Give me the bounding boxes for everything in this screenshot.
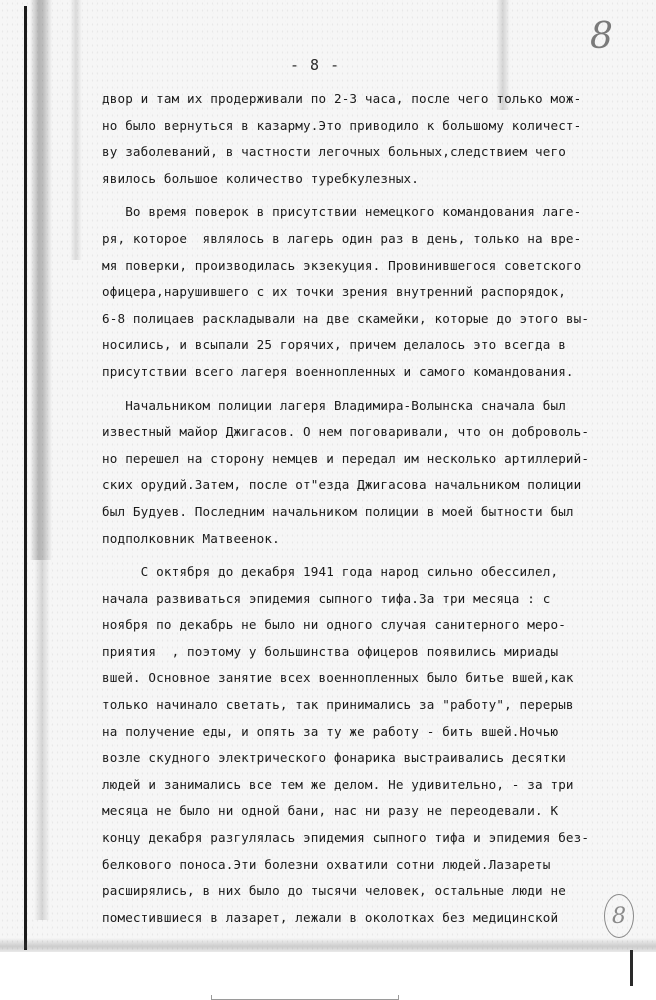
handwritten-page-number: 8	[590, 16, 613, 57]
text-line: двор и там их продерживали по 2-3 часа, …	[102, 86, 632, 113]
text-line: расширялись, в них было до тысячи челове…	[102, 878, 632, 905]
text-line: месяца не было ни одной бани, нас ни раз…	[102, 798, 632, 825]
text-line: Начальником полиции лагеря Владимира-Вол…	[102, 393, 632, 420]
text-line: на получение еды, и опять за ту же работ…	[102, 719, 632, 746]
text-line: 6-8 полицаев раскладывали на две скамейк…	[102, 306, 632, 333]
binding-edge-line	[24, 6, 27, 950]
text-line: вшей. Основное занятие всех военнопленны…	[102, 665, 632, 692]
text-line: людей и занимались все тем же делом. Не …	[102, 772, 632, 799]
paragraph: Во время поверок в присутствии немецкого…	[102, 199, 632, 385]
text-line: Во время поверок в присутствии немецкого…	[102, 199, 632, 226]
text-line: но было вернуться в казарму.Это приводил…	[102, 113, 632, 140]
margin-mark	[630, 950, 633, 986]
text-line: белкового поноса.Эти болезни охватили со…	[102, 852, 632, 879]
text-line: концу декабря разгулялась эпидемия сыпно…	[102, 825, 632, 852]
text-line: ноября по декабрь не было ни одного случ…	[102, 612, 632, 639]
text-line: С октября до декабря 1941 года народ сил…	[102, 559, 632, 586]
text-line: мя поверки, производилась экзекуция. Про…	[102, 253, 632, 280]
scanned-page: - 8 - 8 двор и там их продерживали по 2-…	[0, 0, 656, 952]
text-line: ря, которое являлось в лагерь один раз в…	[102, 226, 632, 253]
text-line: был Будуев. Последним начальником полици…	[102, 499, 632, 526]
typewritten-text: двор и там их продерживали по 2-3 часа, …	[102, 86, 632, 931]
text-line: офицера,нарушившего с их точки зрения вн…	[102, 279, 632, 306]
text-line: но перешел на сторону немцев и передал и…	[102, 446, 632, 473]
text-line: присутствии всего лагеря военнопленных и…	[102, 359, 632, 386]
page-number: - 8 -	[290, 56, 340, 74]
text-line: возле скудного электрического фонарика в…	[102, 745, 632, 772]
circled-page-stamp: 8	[604, 894, 634, 938]
text-line: подполковник Матвеенок.	[102, 526, 632, 553]
bottom-bracket-mark	[211, 995, 399, 1000]
text-line: начала развиваться эпидемия сыпного тифа…	[102, 586, 632, 613]
paragraph: С октября до декабря 1941 года народ сил…	[102, 559, 632, 931]
text-line: поместившиеся в лазарет, лежали в околот…	[102, 905, 632, 932]
text-line: носились, и всыпали 25 горячих, причем д…	[102, 332, 632, 359]
text-line: известный майор Джигасов. О нем поговари…	[102, 419, 632, 446]
page-bottom-edge	[0, 938, 656, 952]
text-line: ских орудий.Затем, после от"езда Джигасо…	[102, 472, 632, 499]
text-line: ву заболеваний, в частности легочных бол…	[102, 139, 632, 166]
paragraph: двор и там их продерживали по 2-3 часа, …	[102, 86, 632, 192]
text-line: явилось большое количество туребкулезных…	[102, 166, 632, 193]
text-line: приятия , поэтому у большинства офицеров…	[102, 639, 632, 666]
paragraph: Начальником полиции лагеря Владимира-Вол…	[102, 393, 632, 553]
text-line: только начинало светать, так принимались…	[102, 692, 632, 719]
